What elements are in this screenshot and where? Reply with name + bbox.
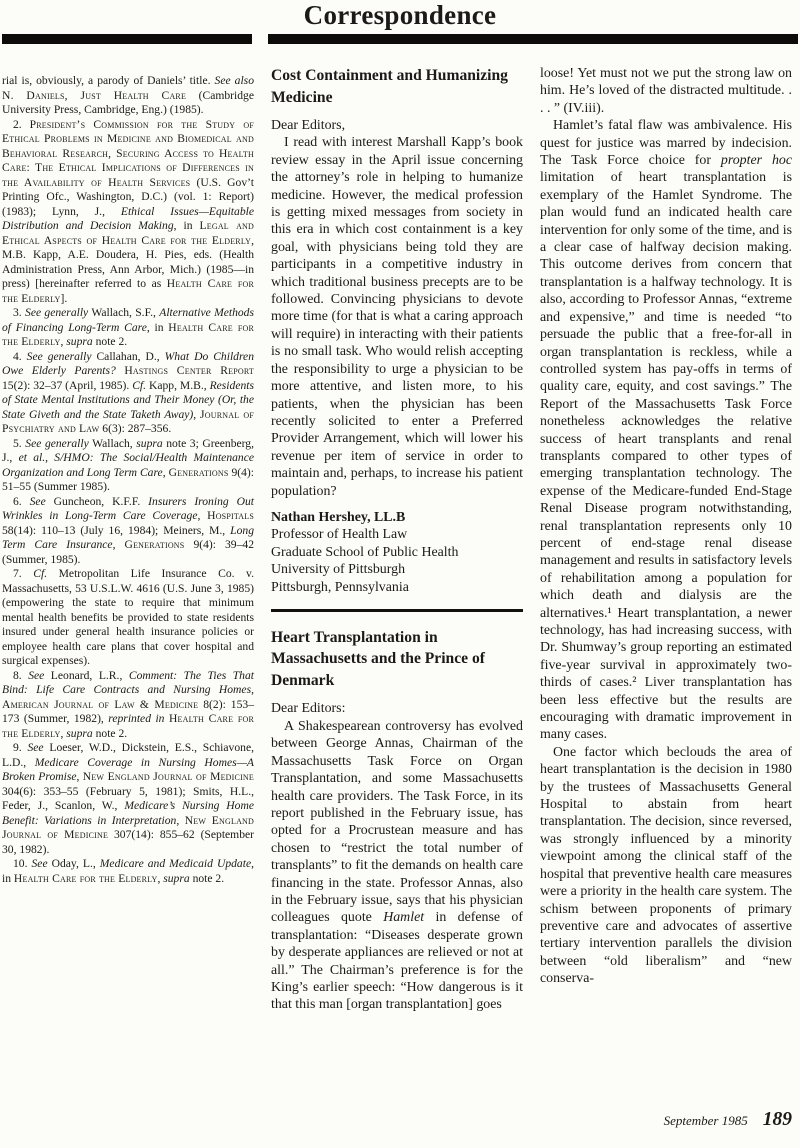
body-text: , <box>113 538 125 551</box>
body-text: 15(2): 32–37 (April, 1985). <box>2 379 132 392</box>
smallcaps-text: Hastings Center Report <box>124 364 254 377</box>
italic-text: See also <box>215 74 254 87</box>
italic-text: Cf. <box>132 379 146 392</box>
italic-text: See <box>27 741 43 754</box>
italic-text: propter hoc <box>721 153 792 168</box>
italic-text: See generally <box>25 306 88 319</box>
body-text: Leonard, L.R., <box>44 669 129 682</box>
header-rule <box>0 34 800 44</box>
letter-paragraph: Hamlet’s fatal flaw was ambivalence. His… <box>540 117 792 744</box>
page-footer: September 1985 189 <box>664 1109 792 1131</box>
header-rule-right-segment <box>268 34 798 44</box>
smallcaps-text: Hospitals <box>207 509 254 522</box>
letters-column: Cost Containment and Humanizing Medicine… <box>271 65 523 1014</box>
body-text: 6. <box>13 495 30 508</box>
body-text: 58(14): 110–13 (July 16, 1984); Meiners,… <box>2 524 230 537</box>
body-text: 3. <box>13 306 25 319</box>
letter-heading: Cost Containment and Humanizing Medicine <box>271 65 523 108</box>
body-text: , <box>45 451 54 464</box>
italic-text: See <box>28 669 44 682</box>
letter-paragraph: I read with interest Marshall Kapp’s boo… <box>271 134 523 500</box>
footnote-item: 5. See generally Wallach, supra note 3; … <box>2 437 254 495</box>
section-divider-rule <box>271 609 523 612</box>
signature-line: Pittsburgh, Pennsylvania <box>271 579 523 596</box>
italic-text: See generally <box>27 350 92 363</box>
body-text: note 2. <box>93 335 127 348</box>
body-text: One factor which beclouds the area of he… <box>540 745 792 986</box>
body-text: in defense of transplantation: “Diseases… <box>271 910 523 1012</box>
content-columns: rial is, obviously, a parody of Daniels’… <box>0 44 800 1014</box>
masthead: Correspondence <box>0 0 800 44</box>
italic-text: supra <box>163 872 189 885</box>
body-text: 8. <box>13 669 28 682</box>
italic-text: See generally <box>25 437 88 450</box>
italic-text: Medicare and Medicaid Update <box>100 857 251 870</box>
body-text: Guncheon, K.F.F. <box>46 495 148 508</box>
italic-text: See <box>30 495 46 508</box>
signature-line: Graduate School of Public Health <box>271 544 523 561</box>
letter-heading: Heart Transplantation in Massachusetts a… <box>271 627 523 692</box>
signature-line: University of Pittsburgh <box>271 561 523 578</box>
body-text: , in <box>174 219 200 232</box>
footnotes-column: rial is, obviously, a parody of Daniels’… <box>2 65 254 1014</box>
body-text: A Shakespearean controversy has evolved … <box>271 719 523 925</box>
smallcaps-text: American Journal of Law & Medicine <box>2 698 198 711</box>
body-text: 4. <box>13 350 27 363</box>
body-text: limitation of heart transplantation is e… <box>540 170 792 742</box>
footnote-item: 7. Cf. Metropolitan Life Insurance Co. v… <box>2 567 254 669</box>
page-number: 189 <box>763 1109 792 1131</box>
body-text: Wallach, S.F., <box>88 306 159 319</box>
footnote-item: 2. President’s Commission for the Study … <box>2 118 254 307</box>
journal-page: Correspondence rial is, obviously, a par… <box>0 0 800 1148</box>
letter-paragraph: loose! Yet must not we put the strong la… <box>540 65 792 117</box>
footnote-item: 6. See Guncheon, K.F.F. Insurers Ironing… <box>2 495 254 568</box>
smallcaps-text: New England Journal of Medicine <box>83 770 254 783</box>
smallcaps-text: Generations <box>125 538 185 551</box>
footnote-item: 8. See Leonard, L.R., Comment: The Ties … <box>2 669 254 742</box>
italic-text: See <box>32 857 48 870</box>
italic-text: Hamlet <box>383 910 424 925</box>
body-text: Kapp, M.B., <box>146 379 210 392</box>
body-text: , <box>197 509 207 522</box>
body-text: ]. <box>60 292 67 305</box>
italic-text: reprinted in <box>108 712 164 725</box>
footnote-item: 3. See generally Wallach, S.F., Alternat… <box>2 306 254 350</box>
body-text: 6(3): 287–356. <box>99 422 171 435</box>
footnote-item: 10. See Oday, L., Medicare and Medicaid … <box>2 857 254 886</box>
continuation-column: loose! Yet must not we put the strong la… <box>540 65 792 1014</box>
body-text: , <box>251 683 254 696</box>
body-text: I read with interest Marshall Kapp’s boo… <box>271 135 523 498</box>
issue-date: September 1985 <box>664 1113 748 1129</box>
italic-text: et al. <box>19 451 46 464</box>
smallcaps-text: Health Care for the Elderly <box>14 872 158 885</box>
body-text: note 2. <box>190 872 224 885</box>
smallcaps-text: Generations <box>169 466 229 479</box>
body-text: Metropolitan Life Insurance Co. v. Massa… <box>2 567 254 667</box>
header-rule-left-segment <box>2 34 252 44</box>
italic-text: supra <box>66 335 92 348</box>
body-text: , <box>176 814 184 827</box>
footnote-item: 9. See Loeser, W.D., Dickstein, E.S., Sc… <box>2 741 254 857</box>
body-text: rial is, obviously, a parody of Daniels’… <box>2 74 215 87</box>
page-title: Correspondence <box>0 0 800 31</box>
italic-text: supra <box>136 437 162 450</box>
letter-paragraph: A Shakespearean controversy has evolved … <box>271 718 523 1014</box>
body-text: 10. <box>13 857 32 870</box>
signature-line: Nathan Hershey, LL.B <box>271 509 523 526</box>
body-text: 5. <box>13 437 25 450</box>
footnote-item: rial is, obviously, a parody of Daniels’… <box>2 74 254 118</box>
signature-block: Nathan Hershey, LL.BProfessor of Health … <box>271 509 523 596</box>
signature-line: Professor of Health Law <box>271 526 523 543</box>
salutation: Dear Editors: <box>271 700 523 717</box>
body-text: 2. <box>13 118 30 131</box>
body-text: loose! Yet must not we put the strong la… <box>540 66 792 116</box>
smallcaps-text: N. Daniels, Just Health Care <box>2 89 186 102</box>
footnote-item: 4. See generally Callahan, D., What Do C… <box>2 350 254 437</box>
body-text: Oday, L., <box>48 857 100 870</box>
body-text: Wallach, <box>89 437 137 450</box>
italic-text: Cf. <box>33 567 47 580</box>
italic-text: supra <box>66 727 92 740</box>
body-text: Callahan, D., <box>91 350 164 363</box>
body-text: 9. <box>13 741 27 754</box>
letter-paragraph: One factor which beclouds the area of he… <box>540 744 792 988</box>
body-text: 7. <box>13 567 33 580</box>
body-text: note 2. <box>93 727 127 740</box>
body-text: , in <box>147 321 168 334</box>
salutation: Dear Editors, <box>271 117 523 134</box>
